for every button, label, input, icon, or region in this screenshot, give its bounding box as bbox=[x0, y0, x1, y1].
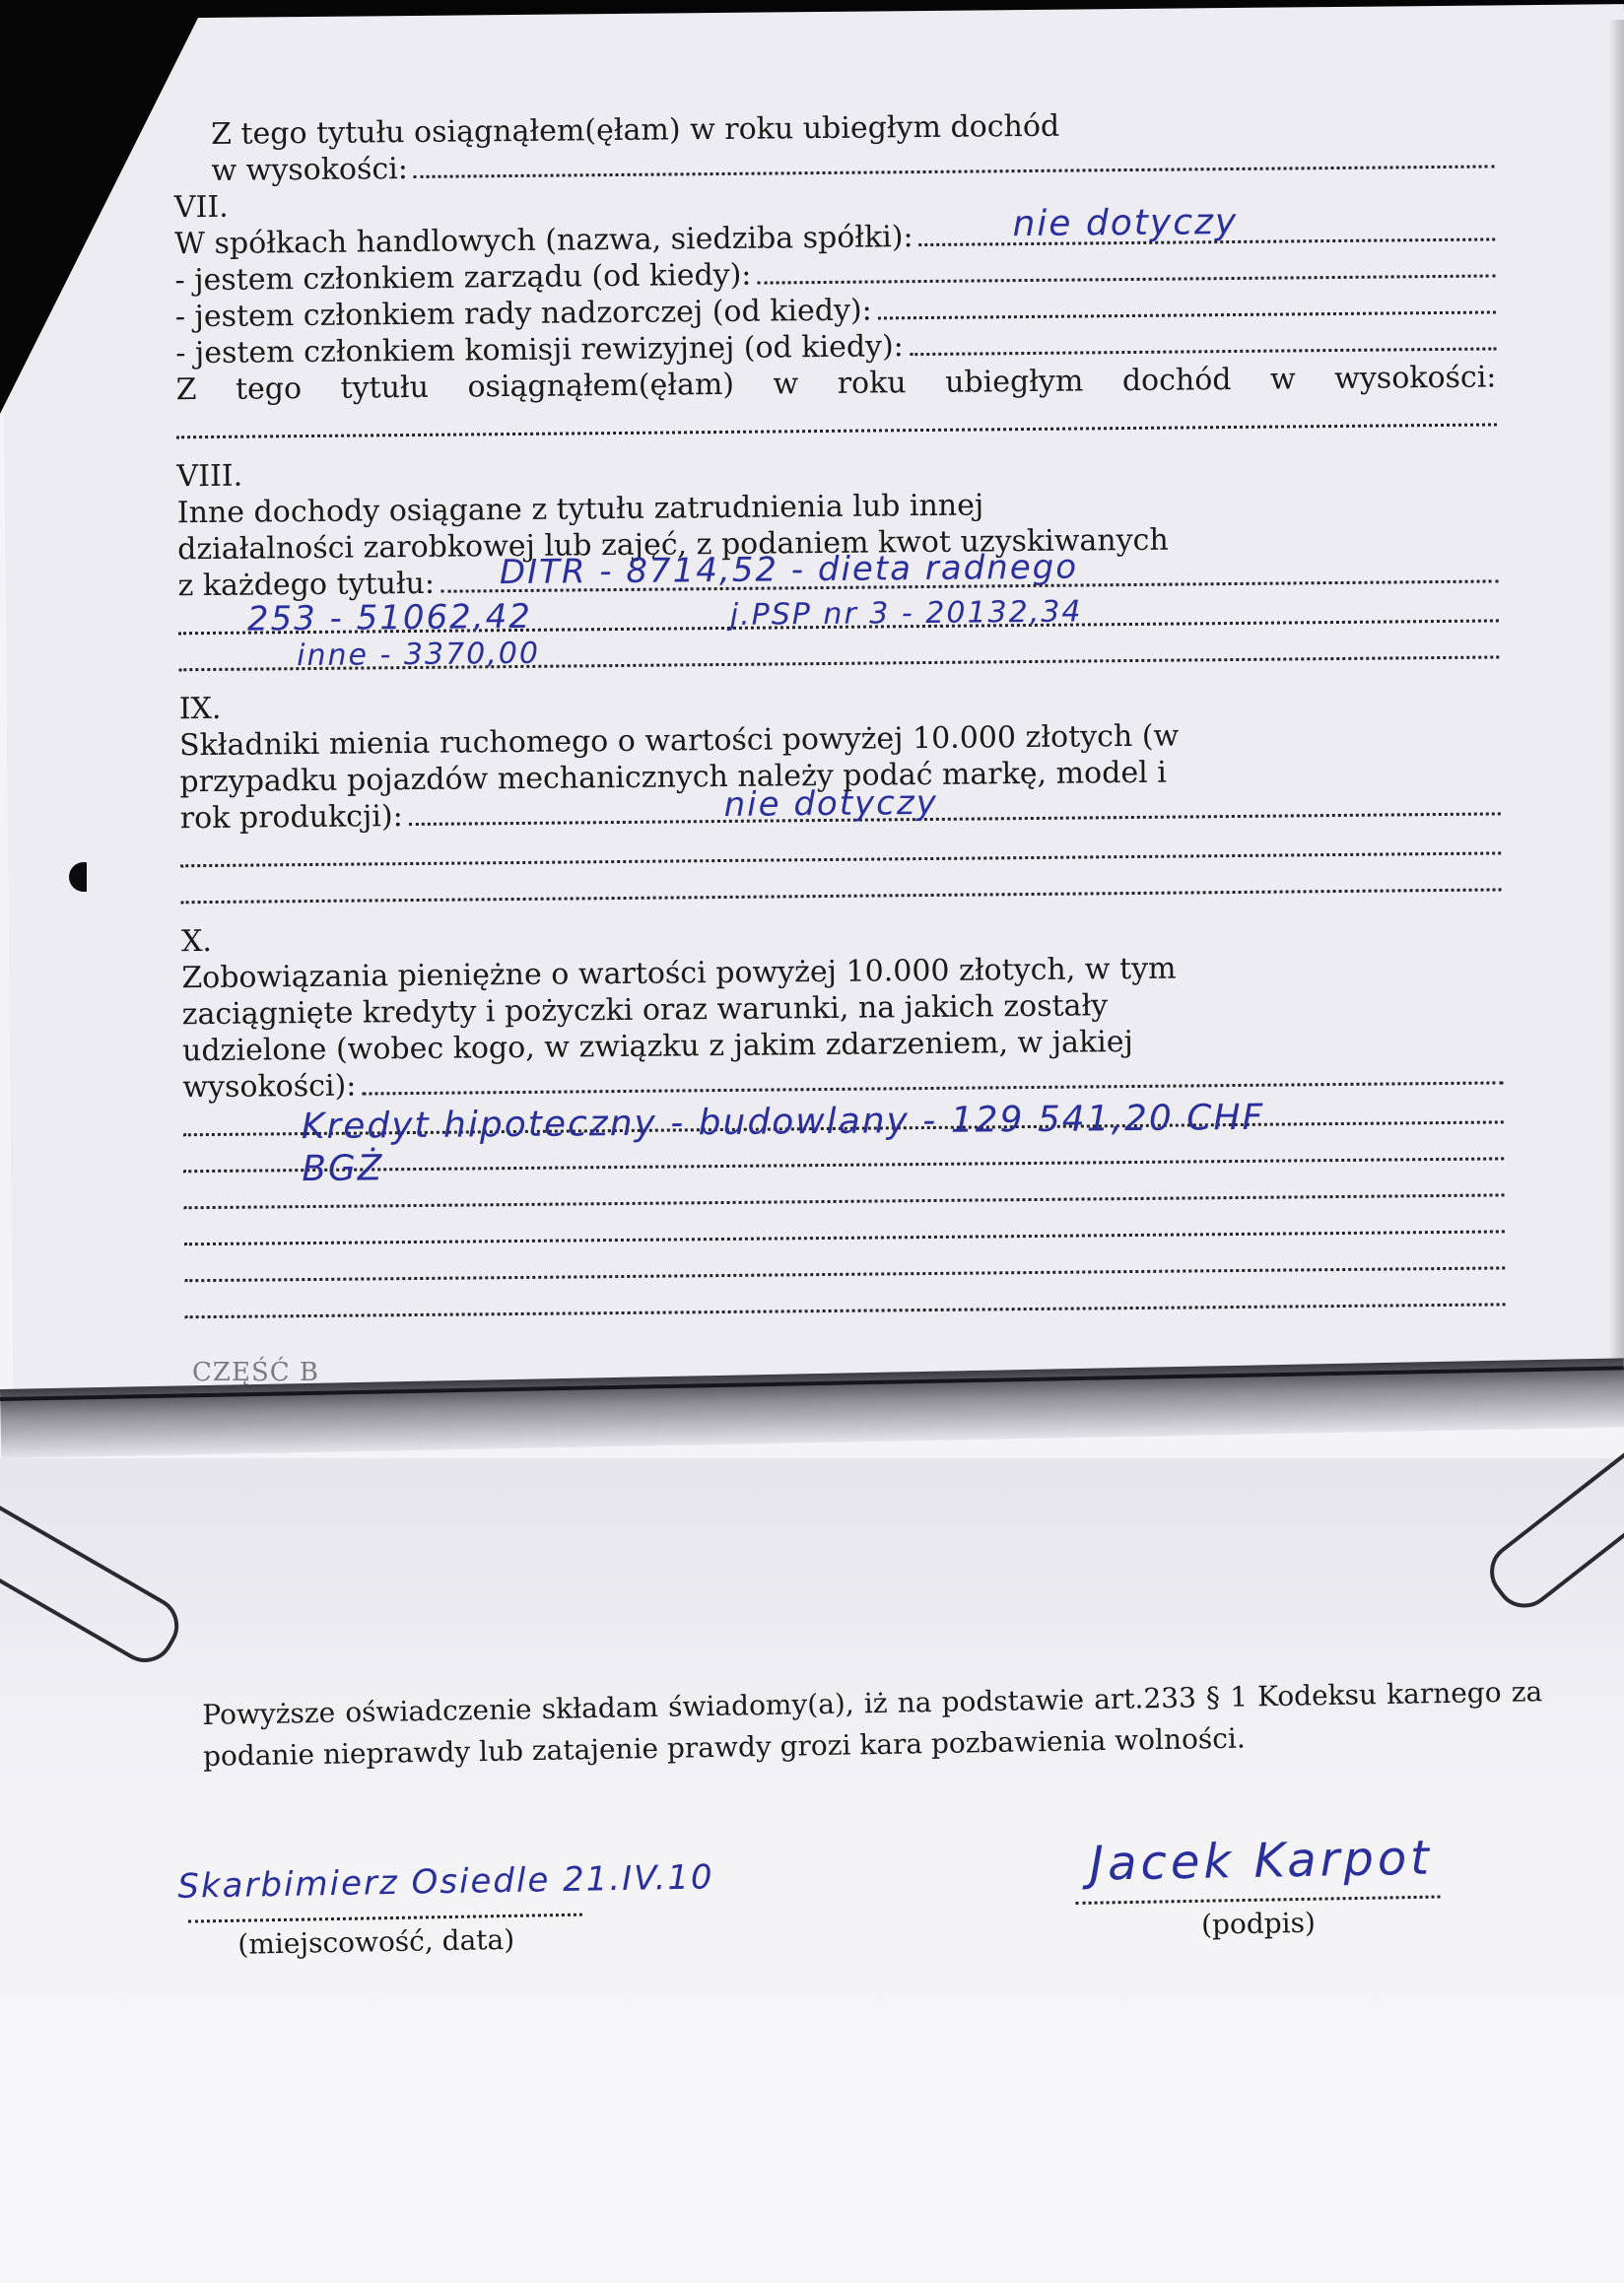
section-ix-movable-input[interactable]: nie dotyczy bbox=[409, 804, 1501, 826]
form-page-top: Z tego tytułu osiągnąłem(ęłam) w roku ub… bbox=[0, 4, 1624, 1399]
section-viii-amount-3: j.PSP nr 3 - 20132,34 bbox=[730, 593, 1083, 633]
section-viii-amount-1: DITR - 8714,52 - dieta radnego bbox=[500, 550, 1078, 592]
section-viii-amount-2: 253 - 51062,42 bbox=[247, 599, 532, 638]
place-date-field[interactable]: Skarbimierz Osiedle 21.IV.10 bbox=[168, 1858, 701, 1911]
section-vii-audit-input[interactable] bbox=[910, 339, 1496, 356]
section-vii-income-word: ubiegłym bbox=[945, 363, 1084, 400]
section-viii-amount-4: inne - 3370,00 bbox=[297, 636, 540, 674]
section-x-line-4: wysokości): bbox=[182, 1068, 356, 1107]
section-vii-income-word: w bbox=[1270, 361, 1296, 397]
form-content: Z tego tytułu osiągnąłem(ęłam) w roku ub… bbox=[173, 103, 1506, 1324]
section-vii-supervisory-input[interactable] bbox=[878, 302, 1496, 319]
section-vii-companies-input[interactable]: nie dotyczy bbox=[919, 230, 1496, 246]
section-vii-income-word: w bbox=[773, 366, 798, 402]
page-edge bbox=[1610, 20, 1624, 1379]
signature-caption: (podpis) bbox=[1076, 1905, 1442, 1943]
section-vii-companies-value: nie dotyczy bbox=[1012, 204, 1238, 242]
section-vii-income-word: roku bbox=[838, 365, 907, 402]
section-vii-board-input[interactable] bbox=[757, 266, 1495, 284]
section-vi-income-label: w wysokości: bbox=[211, 151, 408, 189]
signature-field[interactable]: Jacek Karpot bbox=[1074, 1807, 1440, 1892]
section-vii-income-word: tytułu bbox=[340, 369, 429, 407]
section-vi-income-input[interactable] bbox=[414, 157, 1495, 178]
signature-value: Jacek Karpot bbox=[1089, 1831, 1433, 1892]
section-vii-income-word: tego bbox=[236, 370, 302, 408]
section-ix-value: nie dotyczy bbox=[723, 785, 938, 824]
signature-block: Jacek Karpot (podpis) bbox=[1074, 1807, 1441, 1943]
folded-corner bbox=[0, 0, 207, 414]
section-x-liabilities-input-1[interactable] bbox=[362, 1073, 1503, 1095]
section-vii-board-label: - jestem członkiem zarządu (od kiedy): bbox=[174, 257, 751, 300]
section-ix-line-3: rok produkcji): bbox=[180, 798, 403, 837]
place-date-block: Skarbimierz Osiedle 21.IV.10 (miejscowoś… bbox=[168, 1858, 702, 1962]
section-vii-income-word: wysokości: bbox=[1334, 359, 1497, 397]
section-vii-income-word: osiągnąłem(ęłam) bbox=[467, 367, 734, 406]
section-viii-amounts-input-1[interactable]: DITR - 8714,52 - dieta radnego bbox=[440, 571, 1499, 592]
place-date-value: Skarbimierz Osiedle 21.IV.10 bbox=[177, 1857, 714, 1906]
section-vii-income-word: dochód bbox=[1122, 362, 1232, 399]
